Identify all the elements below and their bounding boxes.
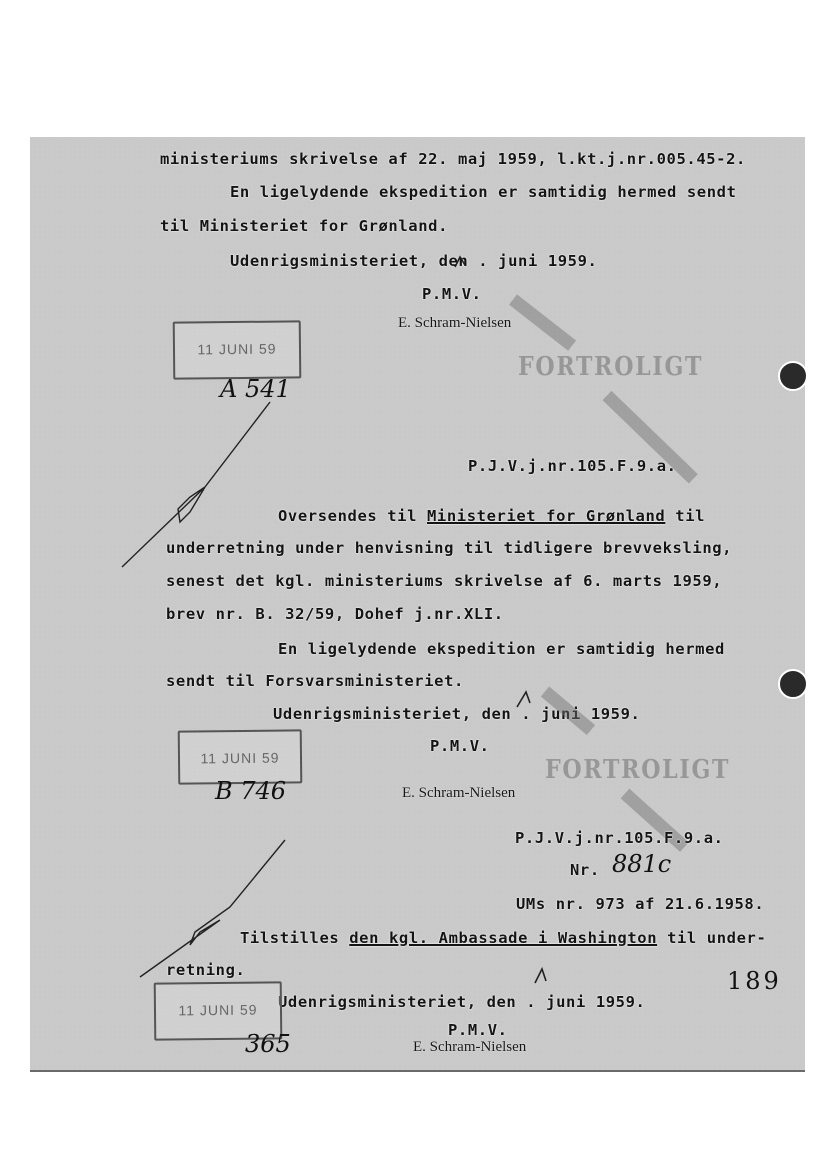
punch-hole [778,669,808,699]
scanned-document-page: ministeriums skrivelse af 22. maj 1959, … [30,137,805,1072]
punch-hole [778,361,808,391]
handwritten-pen-strokes [30,137,805,1070]
